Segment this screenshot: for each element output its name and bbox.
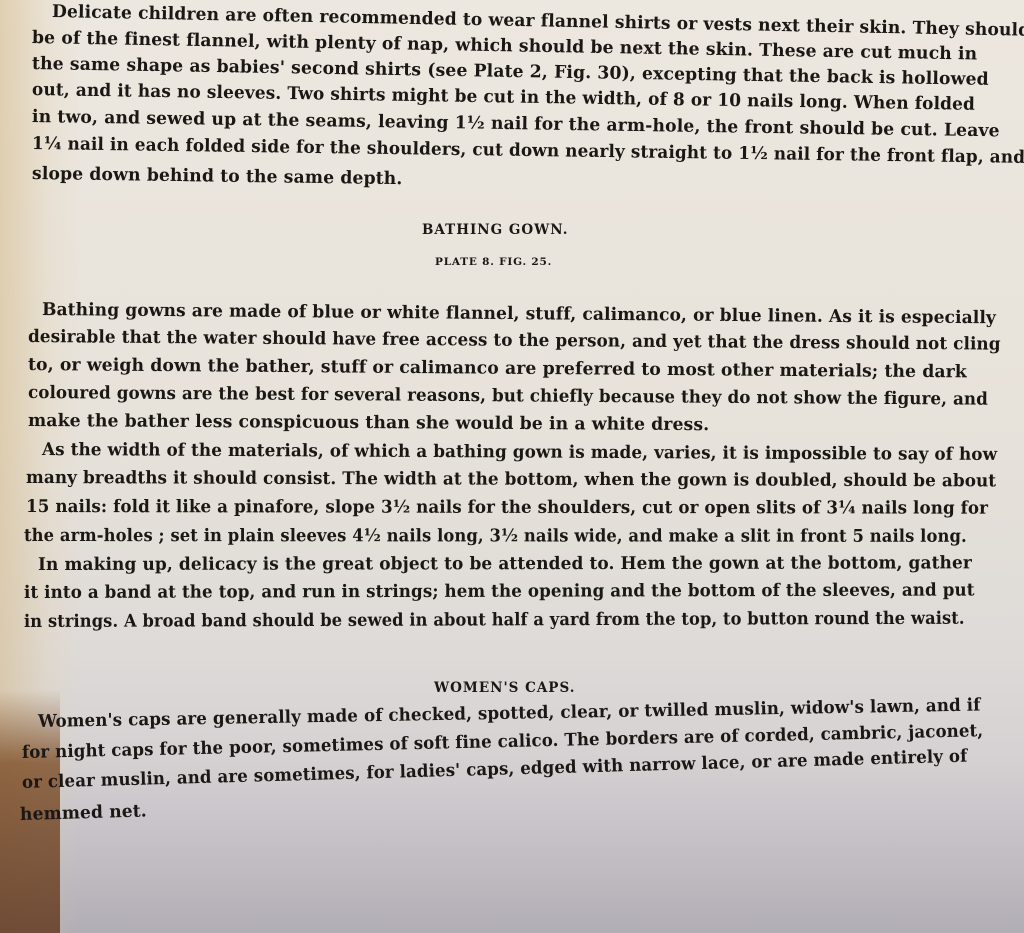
text-line: slope down behind to the same depth. [32,164,403,189]
section-title-bathing-gown: BATHING GOWN. [422,222,568,238]
text-line: the arm-holes ; set in plain sleeves 4½ … [24,526,967,547]
text-line: hemmed net. [20,801,147,825]
text-line: coloured gowns are the best for several … [28,383,988,410]
text-line: desirable that the water should have fre… [28,327,1001,355]
plate-reference: PLATE 8. FIG. 25. [435,256,552,268]
text-line: As the width of the materials, of which … [42,440,997,465]
text-line: to, or weigh down the bather, stuff or c… [28,355,967,382]
text-line: Bathing gowns are made of blue or white … [42,300,996,328]
text-line: it into a band at the top, and run in st… [24,581,975,603]
text-line: in strings. A broad band should be sewed… [24,609,965,632]
section-title-womens-caps: WOMEN'S CAPS. [434,680,575,696]
text-line: many breadths it should consist. The wid… [26,468,996,491]
text-line: In making up, delicacy is the great obje… [38,553,972,575]
text-line: make the bather less conspicuous than sh… [28,411,709,435]
text-line: 15 nails: fold it like a pinafore, slope… [26,497,988,519]
